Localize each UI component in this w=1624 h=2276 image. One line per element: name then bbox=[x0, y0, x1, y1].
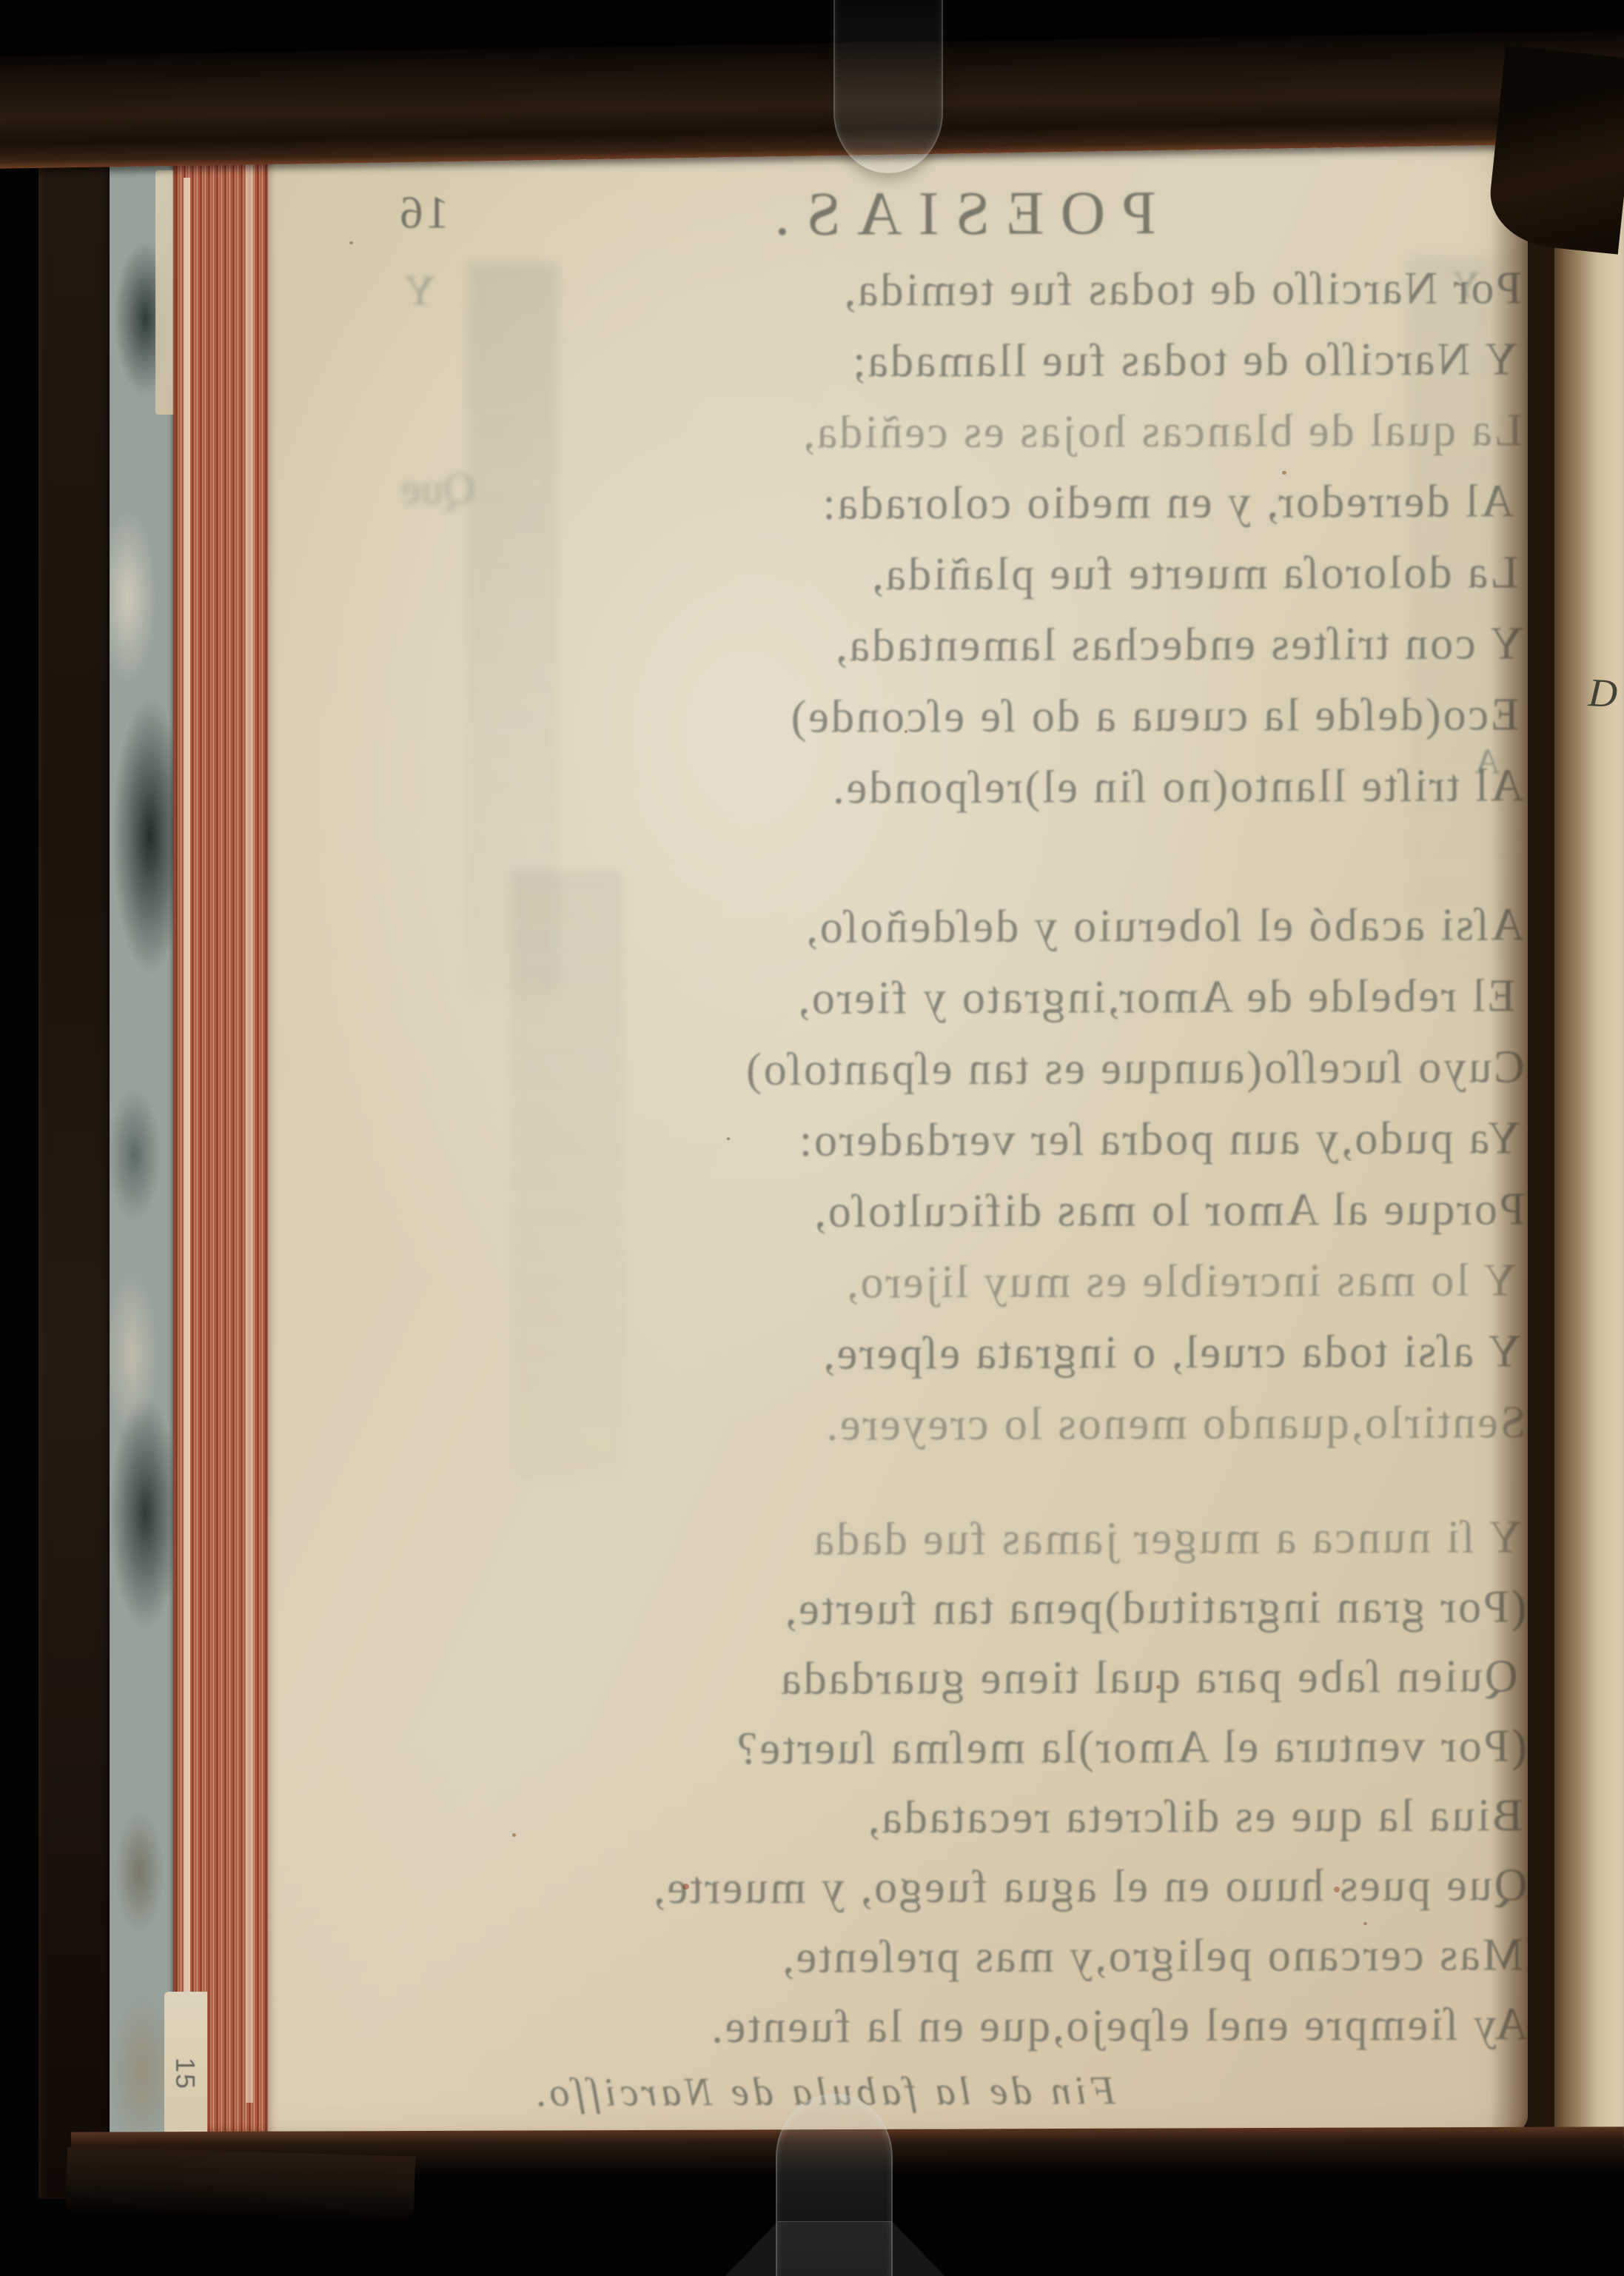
verse-line: El rebelde de Amor,ingrato y fiero, bbox=[395, 960, 1515, 1035]
top-plastic-strap bbox=[833, 0, 943, 173]
verse-line: Y lo mas increible es muy lijero, bbox=[396, 1245, 1516, 1319]
paper-speck bbox=[349, 241, 353, 244]
show-through-text: POESIAS. 16 Por Narciſſo de todas fue te… bbox=[392, 175, 1528, 2119]
stanza: Y ſi nunca a muger jamas fue dada (Por g… bbox=[397, 1502, 1529, 2063]
book-photo: POESIAS. 16 Por Narciſſo de todas fue te… bbox=[0, 0, 1624, 2276]
verse-line: Y ſi nunca a muger jamas fue dada bbox=[397, 1502, 1522, 1576]
page-edge-gap bbox=[246, 163, 253, 2103]
paper-speck bbox=[1156, 1685, 1161, 1689]
verse-line: Por Narciſſo de todas fue temida, bbox=[393, 252, 1522, 327]
verse-line: Y Narciſſo de todas fue llamada; bbox=[393, 324, 1517, 398]
page-edge-gap bbox=[184, 178, 190, 2103]
verse-line: (Por gran ingratitud)pena tan fuerte, bbox=[397, 1572, 1526, 1645]
verse-line: Porque al Amor lo mas dificultoſo, bbox=[396, 1174, 1525, 1248]
ghost-text: Y bbox=[405, 267, 434, 315]
running-header: POESIAS. bbox=[392, 175, 1521, 251]
bottom-plastic-strap-base bbox=[725, 2221, 944, 2276]
verse-line: Ya pudo,y aun podra ſer verdadero: bbox=[396, 1102, 1520, 1177]
pencil-mark: 15 bbox=[170, 2058, 201, 2090]
verse-line: (Por ventura el Amor)la meſma ſuerte? bbox=[398, 1711, 1527, 1784]
verse-line: Al derredor, y en medio colorada: bbox=[394, 466, 1514, 540]
paper-speck bbox=[682, 1884, 689, 1890]
ghost-text: Y bbox=[1452, 264, 1480, 307]
verse-line: Mas cercano peligro,y mas preſente, bbox=[399, 1920, 1523, 1993]
paper-speck bbox=[1334, 1887, 1340, 1892]
verse-line: Biua la que es diſcreta recatada, bbox=[398, 1781, 1523, 1854]
verse-line: Sentirlo,quando menos lo creyere. bbox=[397, 1387, 1526, 1462]
header-row: POESIAS. 16 bbox=[392, 175, 1521, 256]
stanza: Aſsi acabó el ſoberuio y deſdeñoſo, El r… bbox=[395, 889, 1526, 1462]
facing-page-edge: D bbox=[1554, 118, 1624, 2168]
book-cover-corner-fold bbox=[1486, 45, 1624, 254]
paper-speck bbox=[905, 730, 907, 733]
stanza: Por Narciſſo de todas fue temida, Y Narc… bbox=[393, 252, 1524, 825]
verse-line: Ay ſiempre enel eſpejo,que en la fuente. bbox=[399, 1989, 1528, 2063]
paper-speck bbox=[1363, 1922, 1367, 1925]
verse-line: Y aſsi toda cruel, o ingrata eſpere, bbox=[397, 1316, 1521, 1390]
verse-line: Cuyo ſuceſſo(aunque es tan eſpantoſo) bbox=[395, 1031, 1524, 1106]
paper-speck bbox=[512, 1833, 516, 1837]
verse-line: Aſsi acabó el ſoberuio y deſdeñoſo, bbox=[395, 889, 1524, 964]
facing-page-letter: D bbox=[1587, 669, 1618, 717]
verse-line: Eco(deſde la cueua a do ſe eſconde) bbox=[395, 679, 1519, 754]
verse-line: La qual de blancas hojas es ceñida, bbox=[393, 395, 1522, 469]
paper-speck bbox=[727, 1137, 730, 1140]
verse-line: La doloroſa muerte fue plañida, bbox=[394, 537, 1518, 612]
verse-line: Quien ſabe para qual tiene guardada bbox=[397, 1641, 1517, 1715]
folio-number: 16 bbox=[397, 187, 449, 239]
verse-line: Que pues huuo en el agua fuego, y muerte… bbox=[398, 1850, 1527, 1924]
book-cover-left-board bbox=[38, 89, 113, 2199]
colophon-line: Fin de la fabula de Narciſſo. bbox=[399, 2059, 1528, 2122]
marbled-endpaper-edge bbox=[110, 159, 175, 2151]
verse-line: Al triſte llanto(no ſin el)reſponde. bbox=[395, 750, 1523, 825]
verse-line: Y con triſtes endechas lamentada, bbox=[394, 608, 1523, 683]
paper-speck bbox=[1282, 471, 1286, 475]
book-cover-corner-bottom-left bbox=[66, 2146, 415, 2221]
gutter-shadow bbox=[1491, 122, 1562, 2151]
ghost-text: Que bbox=[401, 463, 475, 515]
book-page: POESIAS. 16 Por Narciſſo de todas fue te… bbox=[268, 130, 1528, 2138]
